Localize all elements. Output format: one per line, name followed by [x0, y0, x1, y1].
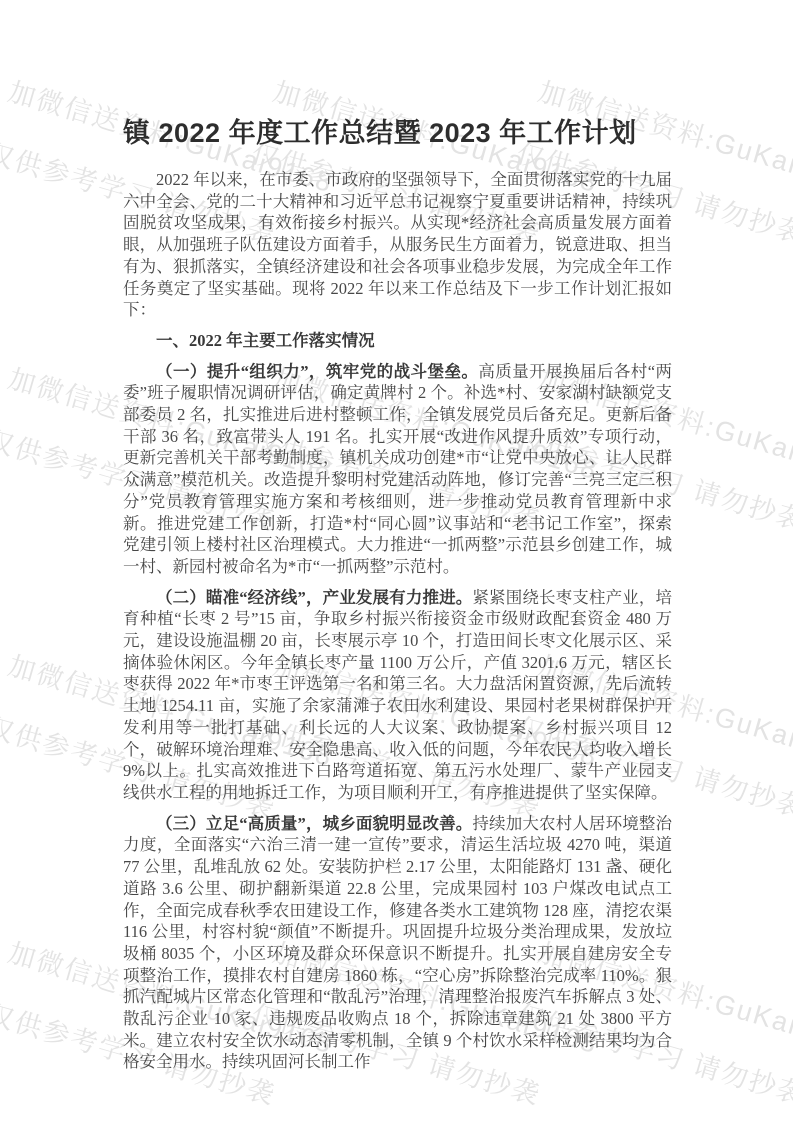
- paragraph-text: 高质量开展换届后各村“两委”班子履职情况调研评估，确定黄牌村 2 个。补选*村、…: [123, 362, 672, 576]
- paragraph: （二）瞄准“经济线”，产业发展有力推进。紧紧围绕长枣支柱产业，培育种植“长枣 2…: [123, 587, 672, 804]
- paragraph: （三）立足“高质量”，城乡面貌明显改善。持续加大农村人居环境整治力度，全面落实“…: [123, 813, 672, 1073]
- paragraph: 2022 年以来，在市委、市政府的坚强领导下，全面贯彻落实党的十九届六中全会、党…: [123, 169, 672, 321]
- paragraph-lead: （一）提升“组织力”，筑牢党的战斗堡垒。: [156, 362, 478, 381]
- paragraph-text: 紧紧围绕长枣支柱产业，培育种植“长枣 2 号”15 亩，争取乡村振兴衔接资金市级…: [123, 588, 672, 802]
- paragraph: 一、2022 年主要工作落实情况: [123, 330, 672, 352]
- document-title: 镇 2022 年度工作总结暨 2023 年工作计划: [123, 116, 672, 150]
- paragraph-text: 2022 年以来，在市委、市政府的坚强领导下，全面贯彻落实党的十九届六中全会、党…: [123, 170, 672, 319]
- paragraph-lead: 一、2022 年主要工作落实情况: [156, 331, 375, 350]
- document-body: 2022 年以来，在市委、市政府的坚强领导下，全面贯彻落实党的十九届六中全会、党…: [123, 169, 672, 1073]
- document-page: 镇 2022 年度工作总结暨 2023 年工作计划 2022 年以来，在市委、市…: [0, 0, 793, 1122]
- paragraph-lead: （三）立足“高质量”，城乡面貌明显改善。: [156, 814, 472, 833]
- paragraph: （一）提升“组织力”，筑牢党的战斗堡垒。高质量开展换届后各村“两委”班子履职情况…: [123, 361, 672, 578]
- paragraph-lead: （二）瞄准“经济线”，产业发展有力推进。: [156, 588, 472, 607]
- document-screenshot: 加微信送资料:GuKai9168 仅供参考学习 请勿抄袭 加微信送资料:GuKa…: [0, 0, 793, 1122]
- paragraph-text: 持续加大农村人居环境整治力度，全面落实“六治三清一建一宣传”要求，清运生活垃圾 …: [123, 814, 672, 1072]
